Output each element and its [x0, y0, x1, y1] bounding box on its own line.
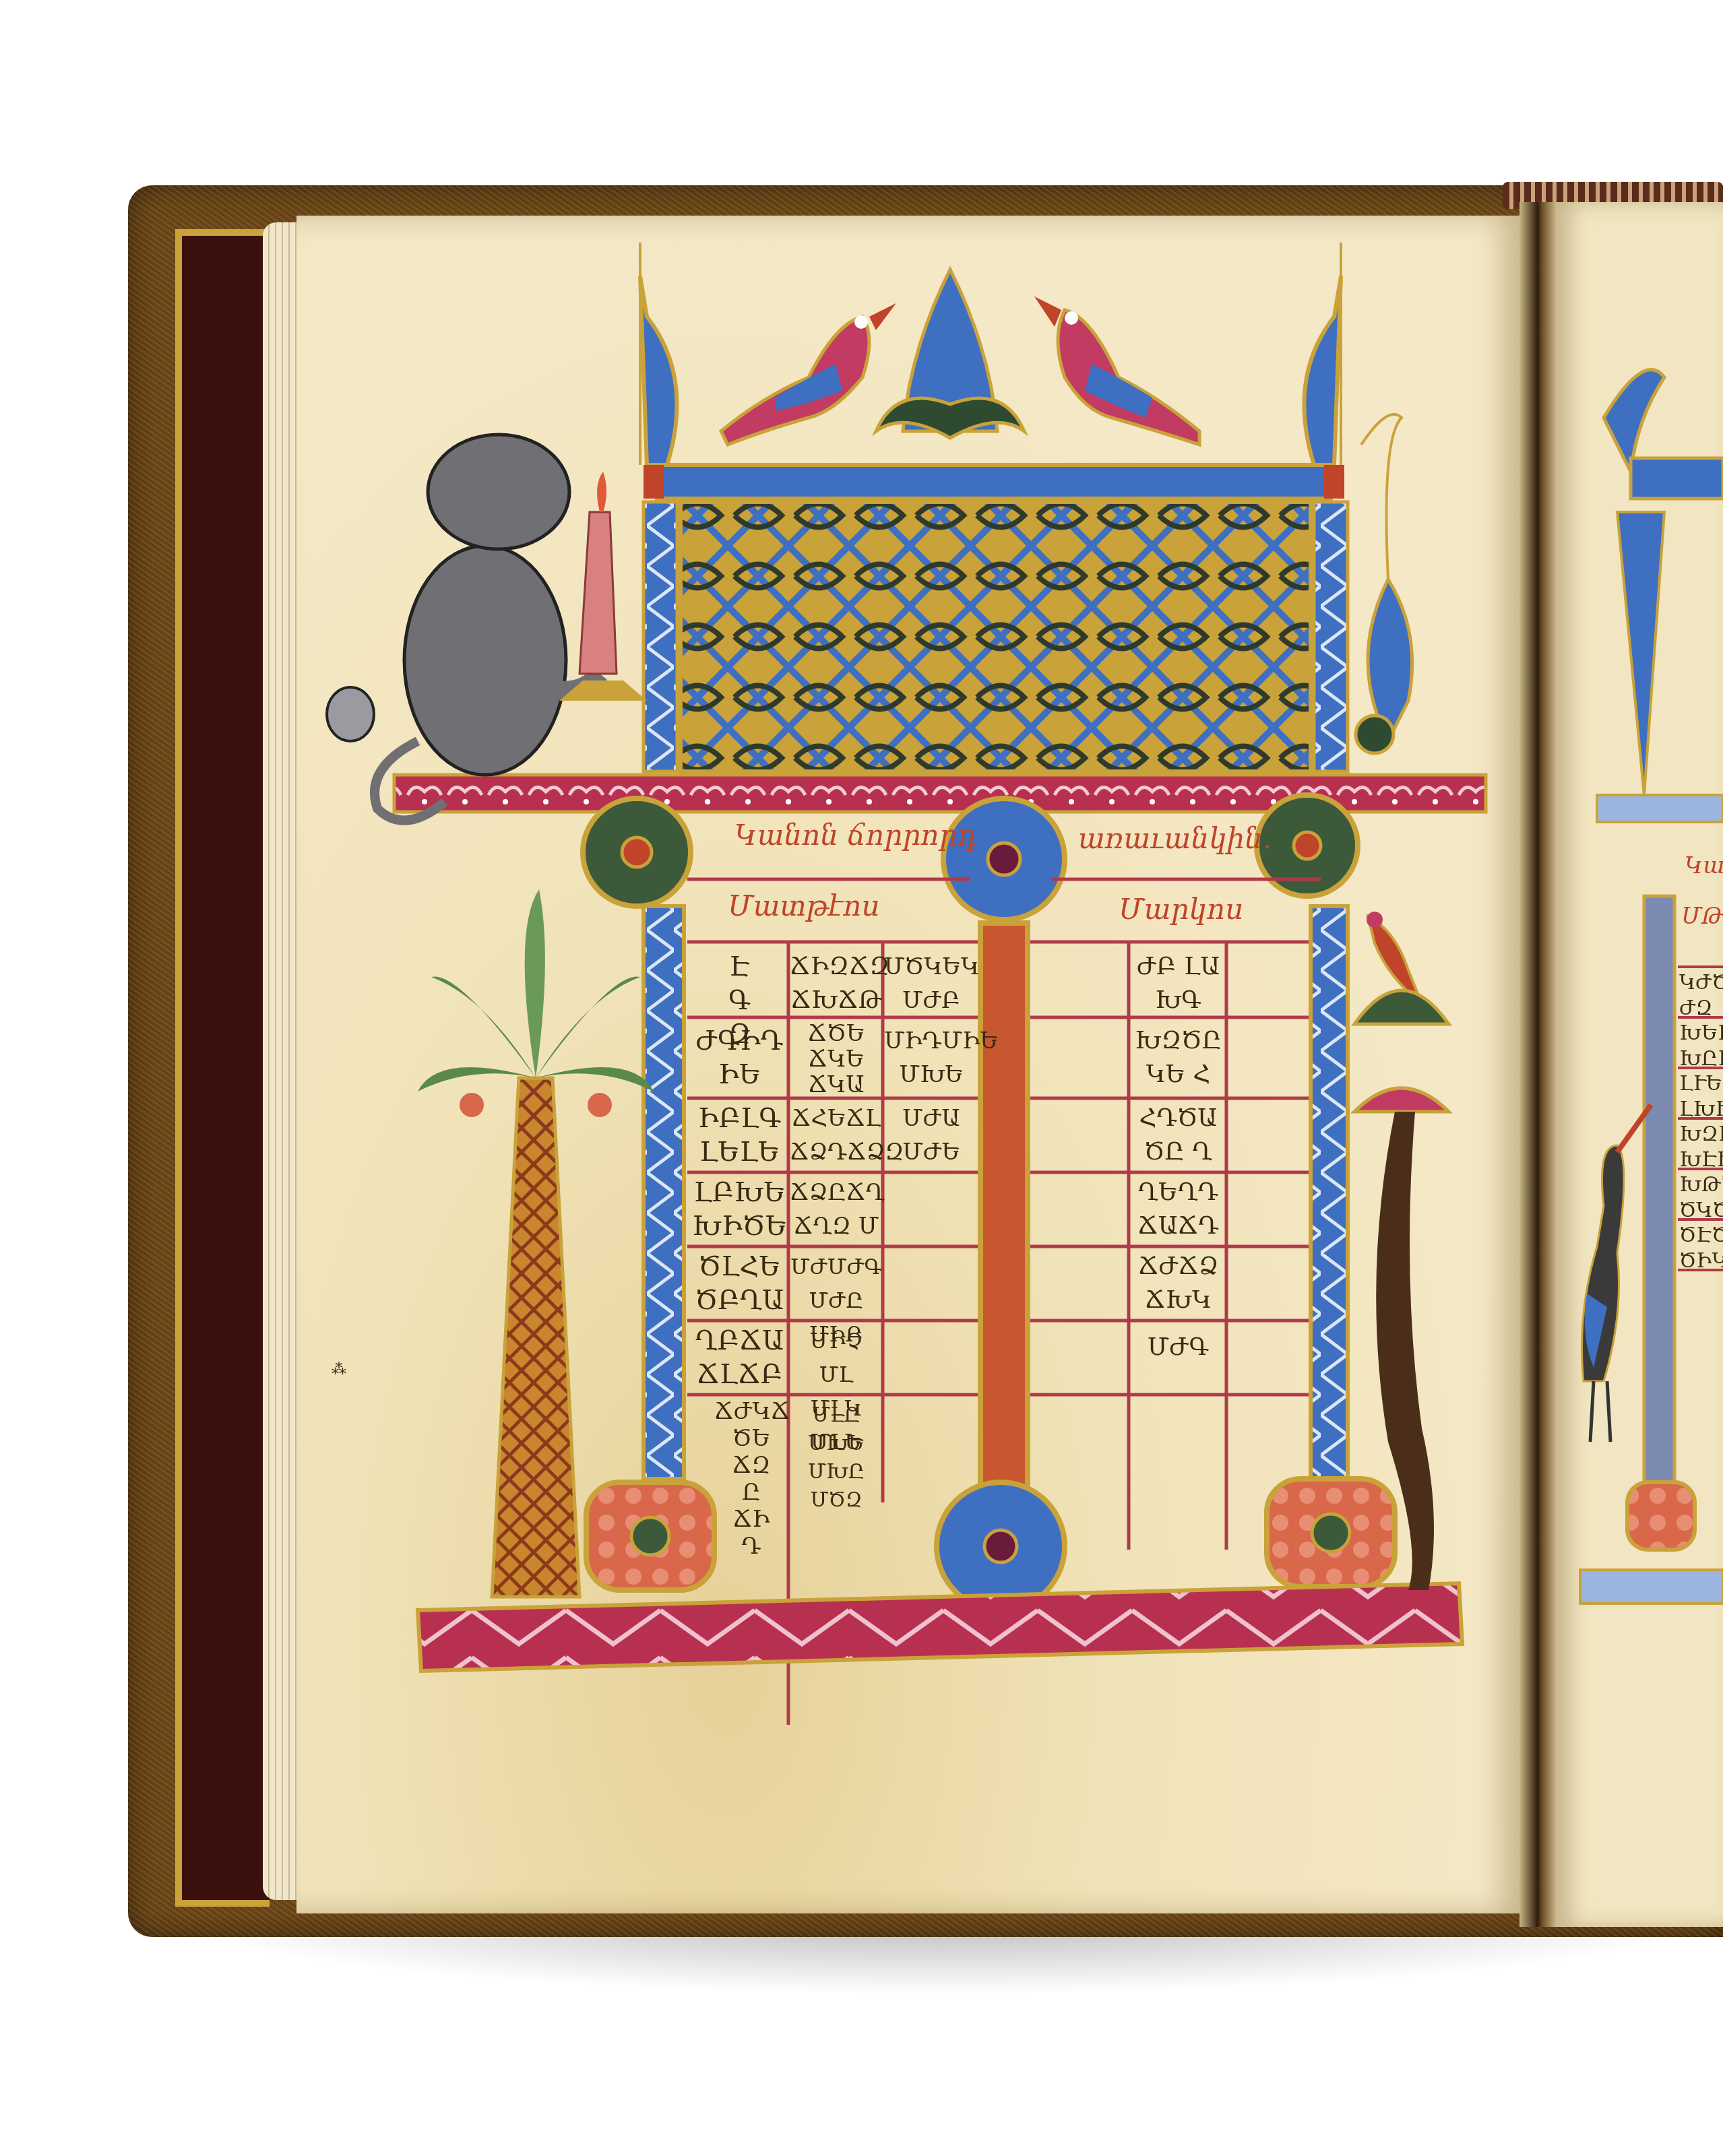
right-column-title-fragment: ՄԹ	[1681, 903, 1723, 930]
palmette-icon	[876, 269, 1024, 438]
table-cell: ՄԼԸ ՄԽԵ ՄԽԸ ՄԾԶ	[790, 1401, 883, 1515]
canon-title-right: առաւանկին.	[1078, 822, 1272, 855]
column-title-mark: Մարկոս	[1119, 893, 1243, 926]
monkey-with-candle-icon	[327, 435, 647, 821]
table-cell: ԾԼՀԵ ԾԲՂԱ	[691, 1250, 788, 1317]
table-cell: ՃՁԸՃՂ ՃՂԶ Մ	[790, 1176, 883, 1243]
column-title-matthew: Մատթէոս	[728, 889, 880, 922]
canon-title-left: Կանոն ճորրորդ	[734, 819, 977, 852]
bird-left-icon	[721, 303, 896, 445]
table-cell: ՃԺԿՃ ԾԵ ՃԶ Ը ՃԻ Դ	[714, 1398, 788, 1560]
table-cell: ՃԻԶՃԶ ՃԽՃԹ	[790, 950, 883, 1017]
table-cell: ՄԻԴՄԻԵ ՄԽԵ	[884, 1024, 978, 1091]
manuscript-photo: Կանոն ճորրորդ առաւանկին. Մատթէոս Մարկոս …	[0, 0, 1723, 2156]
central-column	[980, 923, 1028, 1489]
bird-right-icon	[1034, 296, 1199, 445]
table-cell: ԽԶԾԸ ԿԵ Հ	[1130, 1024, 1226, 1091]
left-column	[644, 906, 684, 1479]
table-cell: ՃՀԵՃԼ ՃՁԴՃՁԶ	[790, 1102, 883, 1169]
table-cell: ԻԲԼԳ ԼԵԼԵ	[691, 1102, 788, 1169]
interlace-panel	[681, 502, 1311, 771]
acanthus-flourish-icon	[1356, 414, 1412, 753]
headpiece-top-bar	[657, 465, 1331, 499]
right-table-cell: ԾԷԾԸ ԾԻԿԱ	[1679, 1223, 1723, 1274]
right-canon-title-fragment: Կանո	[1685, 852, 1723, 879]
table-cell: ՄԾԿԵԿ ՄԺԲ	[884, 950, 978, 1017]
confronted-birds	[721, 269, 1199, 445]
right-table-cell: ԽԹԾԱ ԾԿԾԳ	[1679, 1172, 1723, 1224]
table-cell: ՂԲՃԱ ՃԼՃԲ	[691, 1324, 788, 1391]
table-cell: ՂԵՂԴ ՃԱՃԴ	[1130, 1176, 1226, 1243]
table-cell: ԼԲԽԵ ԽԻԾԵ	[691, 1176, 788, 1243]
table-cell: ՄԺԱ ՄԺԵ	[884, 1102, 978, 1169]
table-cell: ՃԺՃՁ ՃԽԿ	[1130, 1250, 1226, 1317]
table-cell: ԺԳԻԴ ԻԵ	[691, 1024, 788, 1091]
right-column	[1311, 906, 1348, 1479]
stray-ink-mark: ⁂	[332, 1361, 346, 1378]
table-cell: ՀԴԾԱ ԾԸ Ղ	[1130, 1102, 1226, 1169]
heron-icon	[1582, 1105, 1652, 1442]
right-table-cell: ԽԵԽԶ ԽԸԼ	[1679, 1021, 1723, 1072]
right-table-cell: ԼՒԵԶ ԼԽԽԱ	[1679, 1071, 1723, 1122]
right-table-cell: ԿԺԾԵ ԺԶ	[1679, 970, 1723, 1021]
table-cell: ԺԲ ԼԱ ԽԳ	[1130, 950, 1226, 1017]
table-cell: ՄԺԳ	[1130, 1331, 1226, 1364]
table-cell: ՃԾԵ ՃԿԵ ՃԿԱ	[790, 1021, 883, 1098]
right-table-cell: ԽԶԽԶ ԽԷԽԸ	[1679, 1122, 1723, 1173]
